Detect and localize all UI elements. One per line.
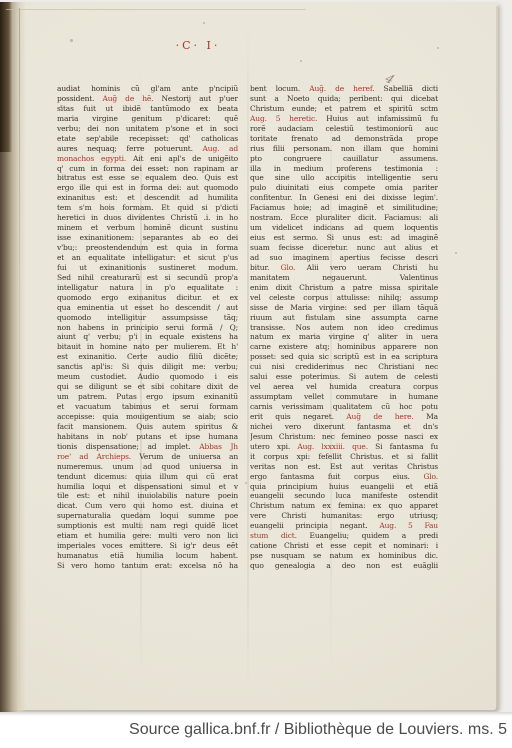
text-line: supernaturalia quedam loqui summe poe	[57, 511, 238, 521]
page-edge-top	[6, 9, 306, 10]
text-line: humilia loqui et dispensationi simul et …	[57, 482, 238, 492]
text-line: bitauit in homine nato per mulierem. Et …	[57, 342, 238, 352]
text-line: erit quis negaret. Aug̃ de here. Ma	[250, 412, 438, 422]
text-line: sunt a Noeto quida; peribent: qui diceba…	[250, 94, 438, 104]
text-line: Aug. 5 heretic. Huius aut infamissimũ fu	[250, 114, 438, 124]
text-line: carne existere atq; hominibus apparere n…	[250, 342, 438, 352]
text-line: Christum eunde; et patrem et spiritũ sct…	[250, 104, 438, 114]
text-line: sumptionis est multi: nam regi quidẽ lic…	[57, 521, 238, 531]
text-line: roe' ad Archieps. Verum de uniuersa an	[57, 452, 238, 462]
text-line: vel celeste corpus attulisse: nihilq; as…	[250, 293, 438, 303]
text-line: toritate frenato ad demonstrãda prope	[250, 134, 438, 144]
text-line: imperiales voces emittere. Si ig'r deus …	[57, 541, 238, 551]
gallica-scan-viewer: ·C· I· 4 audiat hominis cũ gl'am ante p'…	[0, 0, 512, 748]
text-line: aiunt q' verbu; p'i in equale existens h…	[57, 332, 238, 342]
text-line: salui esse poterimus. Si autem de celest…	[250, 372, 438, 382]
text-line: tionis dispensatione; ad implet. Abbas J…	[57, 442, 238, 452]
text-line: etate sep'abile recepisset: qd' catholic…	[57, 134, 238, 144]
text-line: veritas non est. Est aut veritas Christu…	[250, 462, 438, 472]
text-line: numeremus. unum ad quod uniuersa in	[57, 462, 238, 472]
text-line: quia principium huius euangelii et etiã	[250, 482, 438, 492]
text-line: Jesum Christum: nec femineo posse nasci …	[250, 432, 438, 442]
text-line: enim dixit Christum a patre missa spirit…	[250, 283, 438, 293]
text-line: nostram. Ecce pluraliter dicit. Faciamus…	[250, 213, 438, 223]
text-line: quomodo ergo exinanitus dicitur. et ex	[57, 293, 238, 303]
text-line: est exinanitio. Certe audio filiũ dicẽte…	[57, 352, 238, 362]
text-line: vere Christi humanitas: ergo utriusq;	[250, 511, 438, 521]
source-attribution-text: Source gallica.bnf.fr / Bibliothèque de …	[129, 721, 512, 739]
text-line: cui nisi crediderimus nec Christiani nec	[250, 362, 438, 372]
text-line: ergo ille qui est in forma dei: aut quom…	[57, 183, 238, 193]
text-line: que sine ullo accipitis intelligentie se…	[250, 173, 438, 183]
text-line: manitatem negauerunt. Valentinus	[250, 273, 438, 283]
text-line: riuum aut fistulam sine assumpta carne	[250, 313, 438, 323]
foxing-speck	[203, 22, 205, 24]
rubric: monachos egypti.	[57, 154, 126, 163]
text-line: catione Christi et esse cepit et nominar…	[250, 541, 438, 551]
scan-bottom-shadow	[0, 712, 512, 716]
text-line: dicat. Cum vero qui homo est. diuina et	[57, 501, 238, 511]
text-line: q' cum in forma dei esset: non rapinam a…	[57, 164, 238, 174]
manuscript-column-right: bent locum. Aug̃. de heref. Sabelliã dic…	[250, 84, 438, 576]
text-line: pto congruere cauillatur assumens.	[250, 154, 438, 164]
text-line: etiam et humilia gere: multi vero non li…	[57, 531, 238, 541]
text-line: heretici in duos dividentes Christũ .i. …	[57, 213, 238, 223]
chapter-heading: ·C· I·	[168, 39, 228, 52]
text-line: minem et verbum hominẽ dicunt sustinu	[57, 223, 238, 233]
page-edge-left	[19, 8, 20, 708]
rubric: Abbas Jh	[199, 442, 238, 451]
text-line: aures nequaq; ferre potuerunt. Aug. ad	[57, 144, 238, 154]
text-line: exinanitus est: et descendit ad humilita	[57, 193, 238, 203]
rubric: Aug. lxxxiii. que.	[297, 442, 368, 451]
text-line: et an equalitate intelligatur: et sicut …	[57, 253, 238, 263]
text-line: maria virgine genitum p'dicaret: quẽ	[57, 114, 238, 124]
source-banner: Source gallica.bnf.fr / Bibliothèque de …	[0, 712, 512, 748]
text-line: sisse de Maria virgine: sed per illam tã…	[250, 303, 438, 313]
text-line: v'bu;: preostendendum est quia in forma	[57, 243, 238, 253]
text-line: bitratus est esse se equalem deo. Quis e…	[57, 173, 238, 183]
foxing-speck	[437, 47, 439, 49]
text-line: it corpus xpi: fefellit Christus. et si …	[250, 452, 438, 462]
text-line: Faciamus hoie; ad imaginẽ et similitudin…	[250, 203, 438, 213]
text-line: stum dict. Euangeliu; quidem a predi	[250, 531, 438, 541]
text-line: quo genealogia a deo non est euãglii	[250, 561, 438, 571]
text-line: humanatus etiã humilia locum habent.	[57, 551, 238, 561]
text-line: facit mansionem. Quis autem spiritus &	[57, 422, 238, 432]
text-line: intelligatur natura in p'o equalitate :	[57, 283, 238, 293]
text-line: meum custodiet. Audio quomodo i eis	[57, 372, 238, 382]
rubric: Aug. 5 Fau	[379, 521, 438, 530]
text-line: Si vero homo tantum erat: excelsa nõ ha	[57, 561, 238, 571]
text-line: non habens in principio serui formã / Q;	[57, 323, 238, 333]
text-line: assumptam vellet commutare in humane	[250, 392, 438, 402]
text-line: um patrem. Putas ergo ipsum exinanitũ	[57, 392, 238, 402]
text-line: tem s'm hois formam. Et quid si p'dicti	[57, 203, 238, 213]
text-line: sitas fuit ut ibidẽ tantũmodo ex beata	[57, 104, 238, 114]
text-line: confitentur. In Genesi eni dei dixisse l…	[250, 193, 438, 203]
text-line: nichei vero dixerunt fantasma et dn's	[250, 422, 438, 432]
text-line: habitans in nob' putans et ipse humana	[57, 432, 238, 442]
text-line: euangelii principia negant. Aug. 5 Fau	[250, 521, 438, 531]
text-line: bent locum. Aug̃. de heref. Sabelliã dic…	[250, 84, 438, 94]
text-line: natum ex maria virgine q' aliter in uera	[250, 332, 438, 342]
text-line: suam fecisse diceretur. nunc aut alius e…	[250, 243, 438, 253]
rubric: Glo.	[423, 472, 438, 481]
text-line: utero xpi. Aug. lxxxiii. que. Si fantasm…	[250, 442, 438, 452]
text-line: posset: sed quia sic scriptũ est in ea s…	[250, 352, 438, 362]
text-line: carnis verissimam qualitatem cũ hoc potu	[250, 402, 438, 412]
binding-edge-dark	[0, 2, 12, 152]
text-line: et vacuatum tabimus et serui formam	[57, 402, 238, 412]
text-line: tendunt dicemus: quia illum qui cũ erat	[57, 472, 238, 482]
text-line: eius est sermo. Si unus est: ad imaginẽ	[250, 233, 438, 243]
text-line: pulo diuinitati eius compete omia parite…	[250, 183, 438, 193]
text-line: rius filii personam. non illam que homin…	[250, 144, 438, 154]
rubric: Aug̃. de heref.	[309, 84, 374, 93]
text-line: pse nusquam se natum ex hominibus dic.	[250, 551, 438, 561]
text-line: euangelii secundo luca manifeste ostendi…	[250, 491, 438, 501]
parchment-crease	[247, 22, 249, 702]
text-line: isse exinanitionem: separantes ab eo dei	[57, 233, 238, 243]
text-line: vel aerea vel humida creatura corpus	[250, 382, 438, 392]
text-line: ergo fantasma fuit corpus eius. Glo.	[250, 472, 438, 482]
text-line: monachos egypti. Ait eni apl's de unigẽi…	[57, 154, 238, 164]
manuscript-photo: ·C· I· 4 audiat hominis cũ gl'am ante p'…	[0, 0, 512, 712]
text-line: um videlicet indicans ad quem loquentis	[250, 223, 438, 233]
text-line: ad suo imaginem apertius fecisse descri	[250, 253, 438, 263]
parchment-leaf: ·C· I· 4 audiat hominis cũ gl'am ante p'…	[0, 2, 498, 710]
foxing-speck	[245, 482, 247, 484]
text-line: qua eminentia ut esset ho descendit / au…	[57, 303, 238, 313]
text-line: qui se diligunt se et sibi cohitare dixi…	[57, 382, 238, 392]
text-line: Sed nihil creaturarũ est si secundũ prop…	[57, 273, 238, 283]
foxing-speck	[70, 39, 73, 42]
text-line: bitur. Glo. Alii vero ueram Christi hu	[250, 263, 438, 273]
rubric: Glo.	[281, 263, 296, 272]
text-line: quomodo intelligitur assumpsisse tãq;	[57, 313, 238, 323]
text-line: verbu; dei non unitatem p'sone et in soc…	[57, 124, 238, 134]
text-line: rorẽ audaciam celestiũ testimoniorũ auc	[250, 124, 438, 134]
rubric: roe' ad Archieps.	[57, 452, 131, 461]
manuscript-column-left: audiat hominis cũ gl'am ante p'ncipiũpos…	[57, 84, 238, 576]
rubric: Aug. 5 heretic.	[250, 114, 317, 123]
rubric: Aug̃ de here.	[346, 412, 413, 421]
rubric: Aug. ad	[203, 144, 238, 153]
text-line: Christum natum ex femina: ex quo apparet	[250, 501, 438, 511]
rubric: stum dict.	[250, 531, 297, 540]
foxing-speck	[300, 60, 302, 62]
text-line: audiat hominis cũ gl'am ante p'ncipiũ	[57, 84, 238, 94]
text-line: fui ut exinanitionis sustineret modum.	[57, 263, 238, 273]
text-line: transisse. Nos autem non ideo credimus	[250, 323, 438, 333]
text-line: sanctis apl'is: Si quis diligit me: verb…	[57, 362, 238, 372]
rubric: Aug̃ de hẽ.	[102, 94, 153, 103]
text-line: accepisse: quia mouigentium se aiab; sci…	[57, 412, 238, 422]
text-line: possident. Aug̃ de hẽ. Nestorij aut p'ue…	[57, 94, 238, 104]
text-line: illa in medium proferens testimonia :	[250, 164, 438, 174]
page-edge-right	[496, 6, 498, 710]
foxing-speck	[455, 252, 457, 254]
text-line: tile est: et nihil inuiolabilis nature p…	[57, 491, 238, 501]
